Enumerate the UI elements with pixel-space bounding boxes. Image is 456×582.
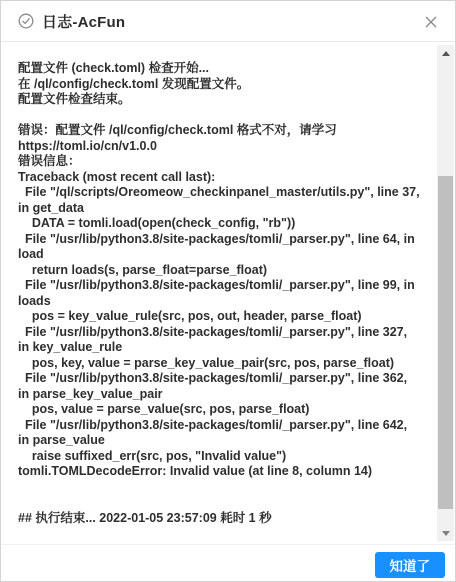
dialog-title: 日志-AcFun	[42, 11, 125, 32]
triangle-up-icon	[442, 51, 450, 56]
triangle-down-icon	[442, 531, 450, 536]
dialog-header: 日志-AcFun	[1, 1, 455, 42]
scrollbar-thumb[interactable]	[438, 176, 453, 509]
log-dialog: 日志-AcFun 配置。 配置文件 (check.toml) 检查开始... 在…	[0, 0, 456, 582]
close-icon[interactable]	[423, 14, 439, 30]
scroll-up-button[interactable]	[437, 45, 454, 61]
vertical-scrollbar[interactable]	[437, 45, 454, 541]
log-body: 配置。 配置文件 (check.toml) 检查开始... 在 /ql/conf…	[2, 43, 454, 545]
log-content: 配置。 配置文件 (check.toml) 检查开始... 在 /ql/conf…	[2, 43, 439, 526]
scroll-down-button[interactable]	[437, 525, 454, 541]
check-circle-icon	[18, 13, 34, 29]
dialog-footer: 知道了	[1, 544, 455, 581]
ok-button[interactable]: 知道了	[375, 552, 446, 578]
